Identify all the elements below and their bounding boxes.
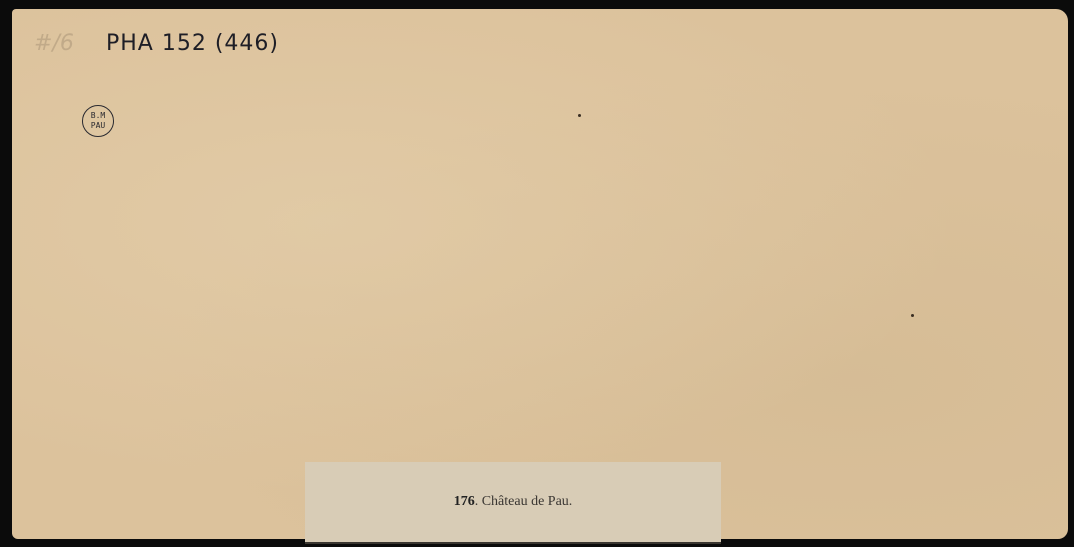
handwritten-reference: PHA 152 (446) [106,31,279,56]
caption-label: 176. Château de Pau. [305,462,721,544]
faint-pencil-mark: #/6 [34,31,74,56]
photo-card-back: #/6 PHA 152 (446) B.M PAU 176. Château d… [12,9,1068,539]
caption-text: 176. Château de Pau. [305,494,721,510]
caption-title: . Château de Pau. [475,494,573,509]
stamp-line-2: PAU [83,121,113,131]
spot [911,314,914,317]
spot [578,114,581,117]
caption-number: 176 [454,494,475,509]
library-stamp: B.M PAU [82,105,114,137]
stamp-line-1: B.M [83,111,113,121]
